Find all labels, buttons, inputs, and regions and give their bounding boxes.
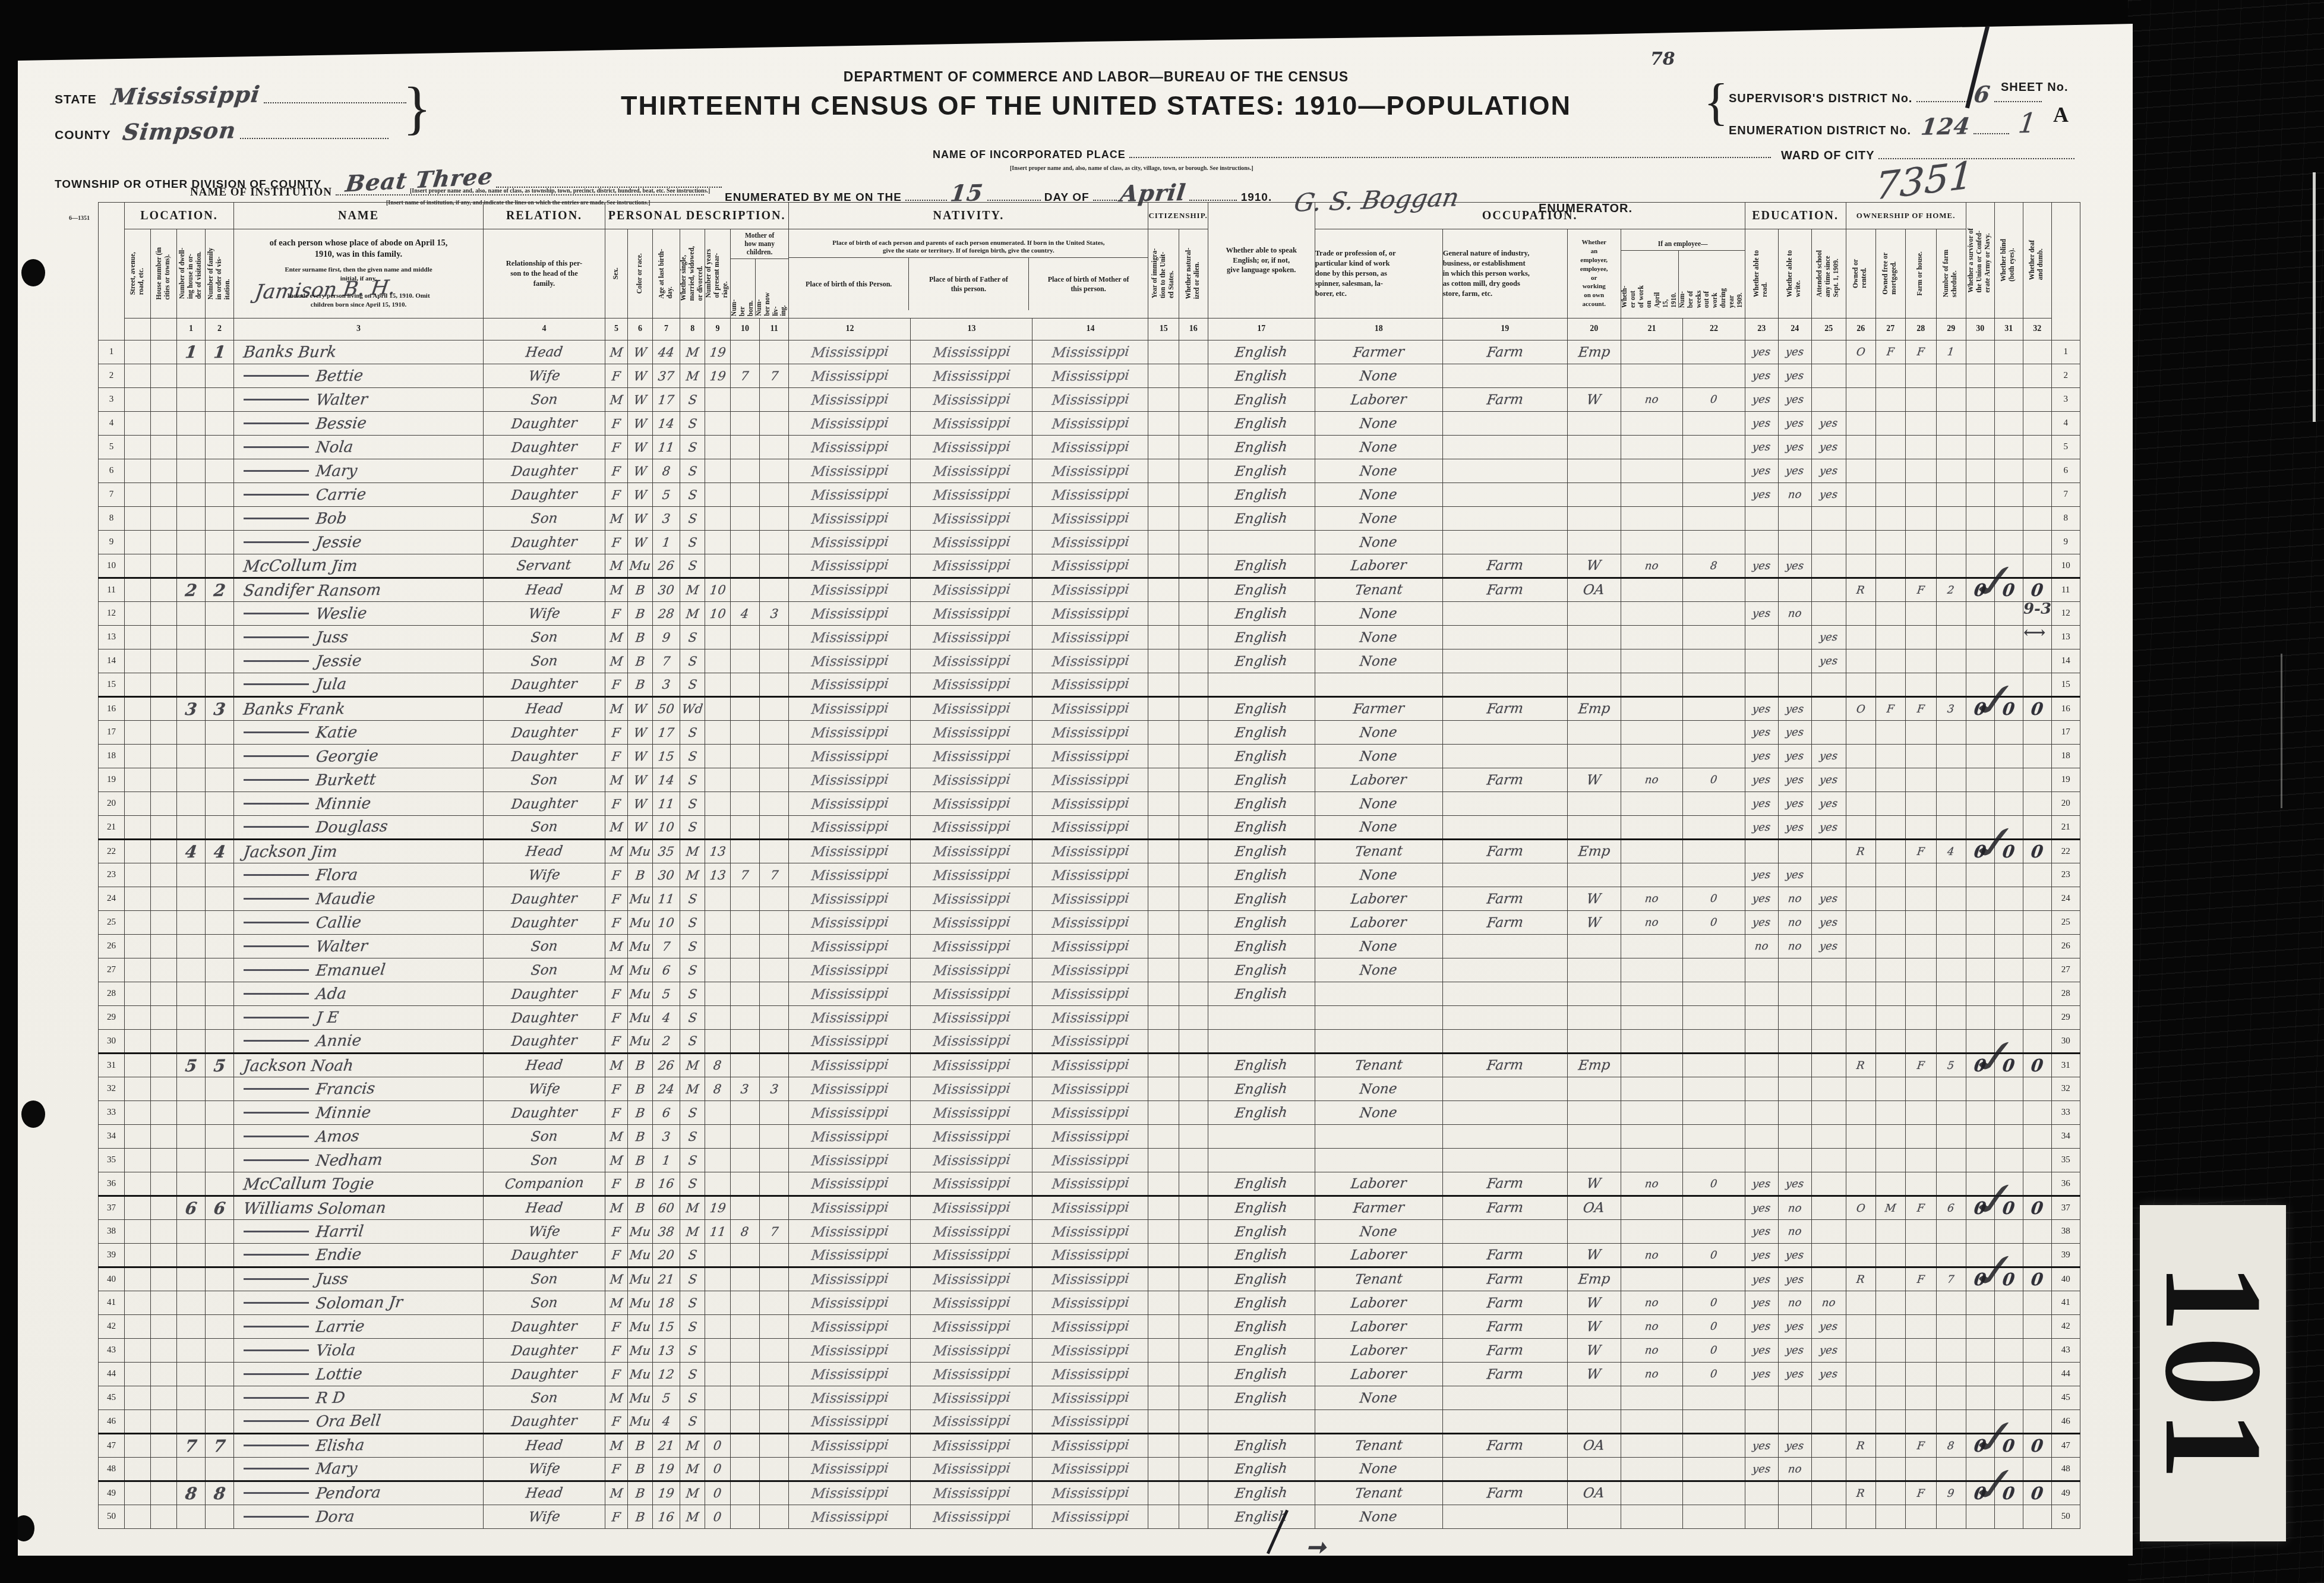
cell-name: Bettie	[234, 364, 484, 388]
cell-street	[125, 1077, 151, 1101]
column-number: 12	[789, 319, 911, 340]
cell-living: 7	[760, 364, 789, 388]
cell-trade: Laborer	[1315, 1315, 1442, 1339]
cell-yrs	[705, 982, 730, 1006]
cell-weeks	[1683, 982, 1745, 1006]
cell-yrs	[705, 958, 730, 982]
cell-read	[1745, 1006, 1778, 1030]
cell-marital: M	[680, 1196, 705, 1220]
supervisor-line: SUPERVISOR'S DISTRICT No. 6	[1729, 81, 2042, 108]
cell-pob: Mississippi	[789, 697, 911, 721]
cell-yrs	[705, 459, 730, 483]
cell-imm	[1148, 364, 1179, 388]
cell-pobm: Mississippi	[1032, 1125, 1148, 1149]
cell-yrs	[705, 1291, 730, 1315]
cell-born	[730, 887, 759, 911]
cell-english: English	[1208, 768, 1315, 792]
cell-free	[1875, 816, 1905, 840]
cell-name: Mary	[234, 1458, 484, 1481]
cell-weeks: 0	[1683, 911, 1745, 935]
county-value: Simpson	[121, 116, 238, 145]
cell-street	[125, 507, 151, 531]
cell-outwork: no	[1621, 1291, 1682, 1315]
cell-pob: Mississippi	[789, 1054, 911, 1077]
cell-outwork	[1621, 1386, 1682, 1410]
cell-house	[151, 1267, 177, 1291]
cell-relation: Wife	[484, 1505, 605, 1529]
cell-free	[1875, 1220, 1905, 1244]
cell-pobf: Mississippi	[911, 1363, 1032, 1386]
cell-farmhouse	[1905, 958, 1936, 982]
cell-living	[760, 911, 789, 935]
cell-dwelling	[177, 1339, 206, 1363]
cell-c32	[2023, 935, 2051, 958]
cell-free	[1875, 1030, 1905, 1054]
line-number-left: 25	[99, 911, 125, 935]
cell-natz	[1179, 1054, 1208, 1077]
cell-street	[125, 459, 151, 483]
cell-read	[1745, 982, 1778, 1006]
ditto-dash	[244, 1302, 309, 1304]
cell-marital: S	[680, 483, 705, 507]
cell-employer	[1567, 935, 1621, 958]
column-number: 18	[1315, 319, 1442, 340]
cell-outwork	[1621, 982, 1682, 1006]
cell-school: yes	[1811, 1315, 1846, 1339]
column-number: 20	[1567, 319, 1621, 340]
cell-born	[730, 578, 759, 602]
cell-sched	[1936, 982, 1966, 1006]
cell-outwork	[1621, 745, 1682, 768]
col-header-relation: Relationship of this per- son to the hea…	[484, 229, 605, 319]
cell-owned	[1846, 1505, 1875, 1529]
cell-street	[125, 578, 151, 602]
cell-write: yes	[1778, 745, 1811, 768]
cell-sex: F	[605, 982, 628, 1006]
cell-sex: F	[605, 1101, 628, 1125]
col-header-marital: Whether single, married, widowed, or div…	[680, 229, 705, 319]
cell-color: W	[628, 745, 653, 768]
cell-trade: Tenant	[1315, 1481, 1442, 1505]
cell-read: yes	[1745, 459, 1778, 483]
cell-relation: Daughter	[484, 911, 605, 935]
cell-weeks: 0	[1683, 1363, 1745, 1386]
cell-relation: Head	[484, 1196, 605, 1220]
cell-relation: Daughter	[484, 1363, 605, 1386]
cell-house	[151, 388, 177, 412]
cell-family	[206, 887, 234, 911]
ditto-dash	[244, 1136, 309, 1137]
cell-yrs	[705, 1386, 730, 1410]
cell-farmhouse: F	[1905, 1434, 1936, 1458]
cell-farmhouse	[1905, 1458, 1936, 1481]
cell-trade: Tenant	[1315, 840, 1442, 863]
cell-color: B	[628, 1077, 653, 1101]
cell-yrs	[705, 887, 730, 911]
cell-industry	[1442, 531, 1567, 554]
cell-trade: None	[1315, 649, 1442, 673]
cell-trade: None	[1315, 1505, 1442, 1529]
census-row: 42LarrieDaughterFMu15SMississippiMississ…	[99, 1315, 2080, 1339]
cell-relation: Daughter	[484, 745, 605, 768]
cell-write: yes	[1778, 863, 1811, 887]
line-number-left: 33	[99, 1101, 125, 1125]
census-row: 4988PendoraHeadMB19M0MississippiMississi…	[99, 1481, 2080, 1505]
cell-imm	[1148, 1458, 1179, 1481]
cell-employer	[1567, 816, 1621, 840]
cell-family	[206, 745, 234, 768]
cell-color: Mu	[628, 1006, 653, 1030]
cell-name: Nedham	[234, 1149, 484, 1172]
cell-trade	[1315, 673, 1442, 697]
cell-pobf: Mississippi	[911, 935, 1032, 958]
cell-color: B	[628, 649, 653, 673]
cell-read: yes	[1745, 364, 1778, 388]
cell-house	[151, 768, 177, 792]
cell-family	[206, 1077, 234, 1101]
cell-pobf: Mississippi	[911, 459, 1032, 483]
cell-school	[1811, 697, 1846, 721]
cell-pobf: Mississippi	[911, 602, 1032, 626]
cell-imm	[1148, 863, 1179, 887]
cell-pob: Mississippi	[789, 911, 911, 935]
cell-yrs	[705, 1410, 730, 1434]
cell-pobm: Mississippi	[1032, 697, 1148, 721]
cell-relation: Son	[484, 1149, 605, 1172]
cell-living	[760, 1339, 789, 1363]
cell-sched	[1936, 412, 1966, 436]
cell-color: W	[628, 792, 653, 816]
census-row: 36McCallum TogieCompanionFB16SMississipp…	[99, 1172, 2080, 1196]
cell-living	[760, 1434, 789, 1458]
line-number-left: 13	[99, 626, 125, 649]
cell-color: Mu	[628, 1386, 653, 1410]
cell-english: English	[1208, 388, 1315, 412]
cell-family	[206, 1363, 234, 1386]
cell-imm	[1148, 554, 1179, 578]
cell-english: English	[1208, 412, 1315, 436]
col-header-write: Whether able to write.	[1778, 229, 1811, 319]
cell-living: 3	[760, 1077, 789, 1101]
cell-imm	[1148, 1149, 1179, 1172]
cell-outwork	[1621, 1149, 1682, 1172]
cell-pobm: Mississippi	[1032, 1267, 1148, 1291]
cell-trade: Laborer	[1315, 1172, 1442, 1196]
cell-marital: S	[680, 887, 705, 911]
cell-relation: Daughter	[484, 982, 605, 1006]
cell-natz	[1179, 1006, 1208, 1030]
cell-pobm: Mississippi	[1032, 483, 1148, 507]
cell-age: 28	[653, 602, 680, 626]
cell-sched	[1936, 863, 1966, 887]
cell-write: no	[1778, 1458, 1811, 1481]
cell-c32	[2023, 816, 2051, 840]
cell-sex: F	[605, 792, 628, 816]
cell-family	[206, 1149, 234, 1172]
col-header-house: House number (in cities or towns).	[151, 229, 177, 319]
cell-weeks	[1683, 1077, 1745, 1101]
cell-outwork	[1621, 1125, 1682, 1149]
cell-read: yes	[1745, 1196, 1778, 1220]
line-number-right: 14	[2051, 649, 2080, 673]
cell-dwelling	[177, 1244, 206, 1267]
col-header-street: Street, avenue, road, etc.	[125, 229, 151, 319]
cell-industry: Farm	[1442, 340, 1567, 364]
cell-house	[151, 554, 177, 578]
cell-c30	[1966, 1006, 1994, 1030]
cell-living	[760, 1149, 789, 1172]
group-header: EDUCATION.	[1745, 203, 1846, 229]
line-number-right: 49	[2051, 1481, 2080, 1505]
cell-pobf: Mississippi	[911, 745, 1032, 768]
cell-sched	[1936, 649, 1966, 673]
cell-write	[1778, 1006, 1811, 1030]
cell-relation: Daughter	[484, 721, 605, 745]
cell-farmhouse	[1905, 1101, 1936, 1125]
cell-industry	[1442, 721, 1567, 745]
cell-employer: OA	[1567, 1196, 1621, 1220]
census-row: 10McCollum JimServantMMu26SMississippiMi…	[99, 554, 2080, 578]
cell-school	[1811, 721, 1846, 745]
cell-sched: 9	[1936, 1481, 1966, 1505]
cell-sched	[1936, 602, 1966, 626]
cell-yrs	[705, 1363, 730, 1386]
cell-street	[125, 721, 151, 745]
cell-sex: M	[605, 340, 628, 364]
cell-school	[1811, 507, 1846, 531]
cell-pob: Mississippi	[789, 507, 911, 531]
cell-employer	[1567, 1125, 1621, 1149]
cell-natz	[1179, 1125, 1208, 1149]
cell-c31	[1994, 792, 2023, 816]
cell-born	[730, 1244, 759, 1267]
cell-outwork: no	[1621, 554, 1682, 578]
cell-weeks	[1683, 745, 1745, 768]
cell-weeks	[1683, 1505, 1745, 1529]
cell-dwelling	[177, 673, 206, 697]
cell-employer	[1567, 958, 1621, 982]
cell-read: yes	[1745, 887, 1778, 911]
cell-street	[125, 1196, 151, 1220]
cell-pobf: Mississippi	[911, 578, 1032, 602]
cell-employer: W	[1567, 388, 1621, 412]
cell-relation: Head	[484, 840, 605, 863]
cell-family	[206, 412, 234, 436]
cell-school	[1811, 388, 1846, 412]
group-header: OWNERSHIP OF HOME.	[1846, 203, 1966, 229]
cell-name: Banks Burk	[234, 340, 484, 364]
cell-sched: 1	[1936, 340, 1966, 364]
state-label: STATE Mississippi	[55, 82, 406, 109]
cell-natz	[1179, 911, 1208, 935]
cell-name: Mary	[234, 459, 484, 483]
cell-pobf: Mississippi	[911, 554, 1032, 578]
cell-imm	[1148, 1410, 1179, 1434]
cell-marital: S	[680, 1244, 705, 1267]
col-header-employer: Whether an employer, employee, or workin…	[1567, 229, 1621, 319]
cell-house	[151, 340, 177, 364]
ditto-dash	[244, 945, 309, 947]
cell-read: yes	[1745, 792, 1778, 816]
cell-name: McCallum Togie	[234, 1172, 484, 1196]
cell-imm	[1148, 982, 1179, 1006]
cell-age: 26	[653, 1054, 680, 1077]
cell-sex: M	[605, 768, 628, 792]
cell-farmhouse	[1905, 436, 1936, 459]
cell-name: Weslie	[234, 602, 484, 626]
cell-yrs	[705, 626, 730, 649]
cell-yrs	[705, 554, 730, 578]
cell-trade: None	[1315, 531, 1442, 554]
cell-sex: F	[605, 1315, 628, 1339]
cell-living	[760, 1125, 789, 1149]
cell-english: English	[1208, 1220, 1315, 1244]
cell-employer	[1567, 1458, 1621, 1481]
cell-pobf: Mississippi	[911, 1220, 1032, 1244]
cell-english	[1208, 1410, 1315, 1434]
cell-marital: S	[680, 459, 705, 483]
cell-write	[1778, 649, 1811, 673]
cell-sex: M	[605, 935, 628, 958]
cell-write	[1778, 1481, 1811, 1505]
cell-trade: Laborer	[1315, 1244, 1442, 1267]
cell-outwork	[1621, 1077, 1682, 1101]
cell-dwelling	[177, 1220, 206, 1244]
cell-pobm: Mississippi	[1032, 364, 1148, 388]
cell-outwork: no	[1621, 1172, 1682, 1196]
cell-school	[1811, 1505, 1846, 1529]
cell-imm	[1148, 483, 1179, 507]
cell-street	[125, 1481, 151, 1505]
cell-school	[1811, 1125, 1846, 1149]
cell-yrs	[705, 911, 730, 935]
cell-write: yes	[1778, 768, 1811, 792]
col-header-family: Number of family in order of vis- itatio…	[206, 229, 234, 319]
cell-industry	[1442, 602, 1567, 626]
cell-sex: M	[605, 1386, 628, 1410]
cell-name: Georgie	[234, 745, 484, 768]
cell-free	[1875, 673, 1905, 697]
cell-age: 3	[653, 1125, 680, 1149]
cell-sex: F	[605, 1220, 628, 1244]
cell-industry	[1442, 863, 1567, 887]
cell-marital: S	[680, 721, 705, 745]
cell-street	[125, 436, 151, 459]
col-header-dwelling: Number of dwell- ing house in or- der of…	[177, 229, 206, 319]
cell-weeks	[1683, 1410, 1745, 1434]
cell-sched	[1936, 531, 1966, 554]
cell-yrs: 13	[705, 863, 730, 887]
cell-sex: M	[605, 554, 628, 578]
cell-relation: Daughter	[484, 1315, 605, 1339]
cell-farmhouse: F	[1905, 697, 1936, 721]
cell-name: Lottie	[234, 1363, 484, 1386]
cell-outwork	[1621, 863, 1682, 887]
cell-relation: Companion	[484, 1172, 605, 1196]
cell-name: Viola	[234, 1339, 484, 1363]
cell-pob: Mississippi	[789, 935, 911, 958]
cell-imm	[1148, 649, 1179, 673]
cell-owned: R	[1846, 840, 1875, 863]
cell-street	[125, 483, 151, 507]
line-number-left: 22	[99, 840, 125, 863]
cell-house	[151, 911, 177, 935]
cell-read: yes	[1745, 1434, 1778, 1458]
cell-school: yes	[1811, 649, 1846, 673]
cell-dwelling	[177, 459, 206, 483]
cell-imm	[1148, 1077, 1179, 1101]
cell-sex: F	[605, 911, 628, 935]
cell-living	[760, 459, 789, 483]
line-number-right: 19	[2051, 768, 2080, 792]
cell-color: Mu	[628, 982, 653, 1006]
cell-industry: Farm	[1442, 911, 1567, 935]
cell-sched	[1936, 1315, 1966, 1339]
cell-house	[151, 840, 177, 863]
cell-relation: Son	[484, 1386, 605, 1410]
cell-school	[1811, 1054, 1846, 1077]
cell-sex: M	[605, 1267, 628, 1291]
ditto-dash	[244, 1373, 309, 1375]
cell-school	[1811, 1244, 1846, 1267]
cell-employer: OA	[1567, 1481, 1621, 1505]
cell-yrs: 8	[705, 1077, 730, 1101]
cell-outwork	[1621, 1054, 1682, 1077]
cell-industry	[1442, 507, 1567, 531]
cell-write: yes	[1778, 1267, 1811, 1291]
cell-marital: M	[680, 578, 705, 602]
cell-natz	[1179, 1267, 1208, 1291]
cell-yrs: 0	[705, 1434, 730, 1458]
cell-color: W	[628, 483, 653, 507]
cell-age: 21	[653, 1267, 680, 1291]
cell-trade: None	[1315, 412, 1442, 436]
cell-dwelling	[177, 436, 206, 459]
cell-sched	[1936, 1220, 1966, 1244]
cell-natz	[1179, 531, 1208, 554]
cell-street	[125, 768, 151, 792]
cell-born	[730, 1481, 759, 1505]
cell-marital: S	[680, 626, 705, 649]
cell-living	[760, 982, 789, 1006]
cell-farmhouse	[1905, 459, 1936, 483]
cell-c32	[2023, 554, 2051, 578]
cell-industry	[1442, 816, 1567, 840]
cell-farmhouse	[1905, 531, 1936, 554]
cell-family: 3	[206, 697, 234, 721]
cell-owned	[1846, 911, 1875, 935]
cell-c32	[2023, 1030, 2051, 1054]
cell-owned	[1846, 1339, 1875, 1363]
cell-yrs	[705, 1101, 730, 1125]
cell-farmhouse	[1905, 887, 1936, 911]
cell-age: 10	[653, 911, 680, 935]
cell-read	[1745, 1410, 1778, 1434]
cell-house	[151, 1054, 177, 1077]
cell-english	[1208, 1149, 1315, 1172]
cell-farmhouse	[1905, 364, 1936, 388]
cell-c30	[1966, 531, 1994, 554]
cell-house	[151, 1125, 177, 1149]
cell-age: 30	[653, 863, 680, 887]
cell-dwelling	[177, 768, 206, 792]
line-number-right: 24	[2051, 887, 2080, 911]
cell-yrs	[705, 721, 730, 745]
cell-owned	[1846, 1030, 1875, 1054]
cell-natz	[1179, 412, 1208, 436]
cell-weeks: 0	[1683, 1291, 1745, 1315]
cell-pobm: Mississippi	[1032, 840, 1148, 863]
